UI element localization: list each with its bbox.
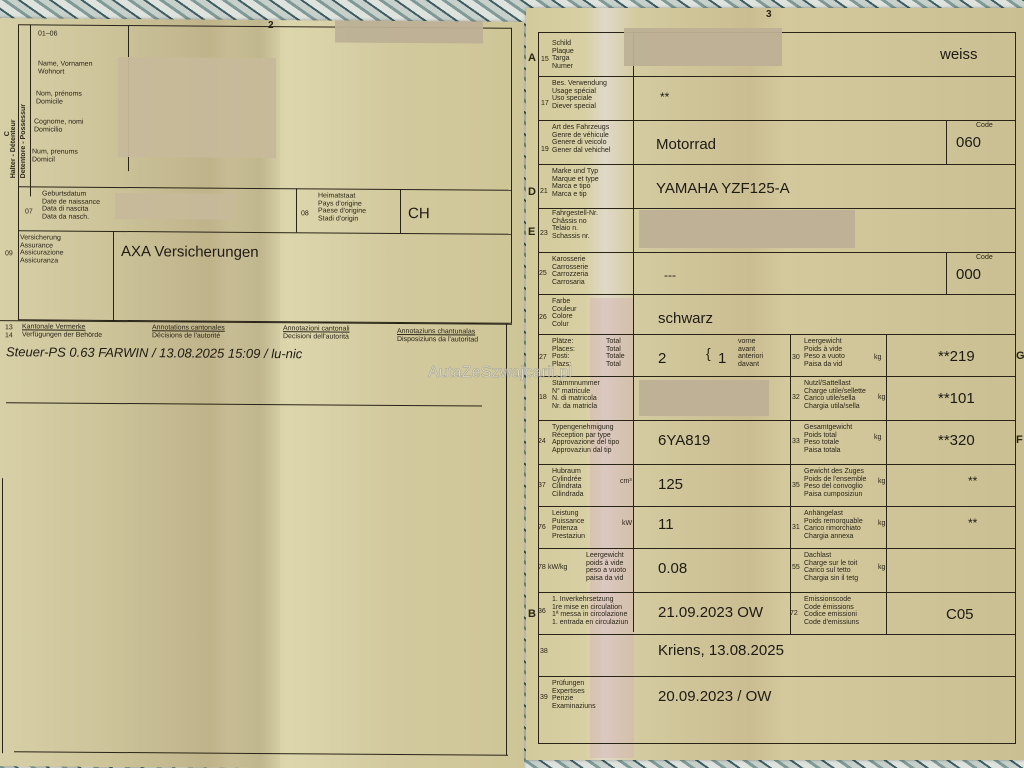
- origin-label: Heimatstaat Pays d'origine Paese d'origi…: [318, 192, 366, 222]
- cantonal-header-fr-1: Annotations cantonales: [152, 324, 225, 332]
- power-to-weight-value: 0.08: [658, 560, 687, 577]
- margin-letter-d: D: [528, 186, 536, 198]
- type-approval-value: 6YA819: [658, 432, 710, 449]
- train-weight-label: Gewicht des Zuges Poids de l'ensemble Pe…: [804, 468, 866, 498]
- body-code-label: Code: [976, 254, 993, 262]
- emission-code-label: Emissionscode Code émissions Codice emis…: [804, 596, 859, 626]
- redacted-holder-name: [118, 57, 276, 158]
- body-value: ---: [664, 268, 676, 282]
- holder-side-label-1: Halter - Détenteur: [10, 120, 17, 179]
- vehicle-type-value: Motorrad: [656, 136, 716, 153]
- cantonal-header-rm-2: Disposiziuns da l'autoritad: [397, 336, 478, 344]
- body-code: 000: [956, 266, 981, 283]
- margin-letter-g: G: [1016, 350, 1024, 362]
- seats-total-label: Total Total Totale Total: [606, 338, 625, 368]
- cantonal-notes-value: Steuer-PS 0.63 FARWIN / 13.08.2025 15:09…: [6, 344, 302, 361]
- redacted-plate: [624, 28, 782, 66]
- cantonal-header-it-2: Decisioni dell'autorità: [283, 333, 349, 341]
- color-value: schwarz: [658, 310, 713, 327]
- payload-label: Nutzl/Sattellast Charge utile/sellette C…: [804, 380, 866, 410]
- first-registration-label: 1. Inverkehrsetzung 1re mise en circulat…: [552, 596, 628, 626]
- margin-letter-b: B: [528, 608, 536, 620]
- power-value: 11: [658, 516, 674, 533]
- plate-color-value: weiss: [940, 46, 978, 63]
- page-number: 3: [766, 9, 772, 20]
- towing-load-label: Anhängelast Poids remorquable Carico rim…: [804, 510, 863, 540]
- origin-value: CH: [408, 205, 430, 222]
- vehicle-type-label: Art des Fahrzeugs Genre de véhicule Gene…: [552, 124, 610, 154]
- total-weight-value: **320: [938, 432, 975, 449]
- payload-value: **101: [938, 390, 975, 407]
- margin-letter-e: E: [528, 226, 535, 238]
- cantonal-header-fr-2: Décisions de l'autorité: [152, 332, 220, 340]
- emission-code-value: C05: [946, 606, 974, 623]
- birthdate-label: Geburtsdatum Date de naissance Data di n…: [42, 190, 100, 220]
- vehicle-type-code: 060: [956, 134, 981, 151]
- holder-side-label-2: Detentore - Possessur: [20, 104, 27, 178]
- type-approval-label: Typengenehmigung Réception par type Appr…: [552, 424, 619, 454]
- total-weight-label: Gesamtgewicht Poids total Peso totale Pa…: [804, 424, 852, 454]
- margin-letter-a: A: [528, 52, 536, 64]
- inspections-label: Prüfungen Expertises Perizie Examinaziun…: [552, 680, 596, 710]
- special-use-label: Bes. Verwendung Usage spécial Uso specia…: [552, 80, 607, 110]
- power-label: Leistung Puissance Potenza Prestaziun: [552, 510, 585, 540]
- redacted-header-area: [335, 21, 483, 44]
- seats-front-value: 1: [718, 350, 726, 367]
- redacted-chassis: [639, 210, 855, 248]
- seats-front-label: vorne avant anteriori davant: [738, 338, 763, 368]
- document-page-left: 2 C Halter - Détenteur Detentore - Posse…: [0, 18, 524, 768]
- cantonal-header-de-1: Kantonale Vermerke: [22, 323, 85, 331]
- field-range: 01–06: [38, 30, 57, 38]
- inspections-value: 20.09.2023 / OW: [658, 688, 771, 705]
- displacement-value: 125: [658, 476, 683, 493]
- power-to-weight-label: Leergewicht poids à vide peso a vuoto pa…: [586, 552, 626, 582]
- plate-label: Schild Plaque Targa Numer: [552, 40, 574, 70]
- train-weight-value: **: [968, 474, 977, 488]
- redacted-matriculation: [639, 380, 769, 416]
- insurance-value: AXA Versicherungen: [121, 243, 259, 261]
- make-model-label: Marke und Typ Marque et type Marca e tip…: [552, 168, 599, 198]
- seats-total-value: 2: [658, 350, 666, 367]
- margin-letter-f: F: [1016, 434, 1023, 446]
- insurance-label: Versicherung Assurance Assicurazione Ass…: [20, 234, 64, 264]
- first-registration-value: 21.09.2023 OW: [658, 604, 763, 621]
- empty-weight-label: Leergewicht Poids à vide Peso a vuoto Pa…: [804, 338, 845, 368]
- name-label-de: Name, Vornamen Wohnort: [38, 60, 92, 75]
- place-date-value: Kriens, 13.08.2025: [658, 642, 784, 659]
- redacted-birthdate: [115, 193, 233, 220]
- name-label-it: Cognome, nomi Domicilio: [34, 118, 83, 133]
- special-use-value: **: [660, 90, 669, 104]
- matriculation-label: Stammnummer N° matricule N. di matricola…: [552, 380, 600, 410]
- displacement-label: Hubraum Cylindrée Cilindrata Cilindrada: [552, 468, 584, 498]
- towing-load-value: **: [968, 516, 977, 530]
- name-label-fr: Nom, prénoms Domicile: [36, 90, 82, 105]
- color-label: Farbe Couleur Colore Colur: [552, 298, 577, 328]
- document-page-right: 3 A D E B G F 15 Schild Plaque Targa Num…: [526, 8, 1024, 760]
- empty-weight-value: **219: [938, 348, 975, 365]
- make-model-value: YAMAHA YZF125-A: [656, 180, 790, 197]
- name-label-rm: Num, prenums Domicil: [32, 148, 78, 163]
- cantonal-header-de-2: Verfügungen der Behörde: [22, 331, 102, 339]
- vehicle-type-code-label: Code: [976, 122, 993, 130]
- body-label: Karosserie Carrosserie Carrozzeria Carro…: [552, 256, 588, 286]
- chassis-label: Fahrgestell-Nr. Châssis no Telaio n. Sch…: [552, 210, 598, 240]
- cantonal-header-it-1: Annotazioni cantonali: [283, 325, 350, 333]
- roof-load-label: Dachlast Charge sur le toit Carico sul t…: [804, 552, 858, 582]
- watermark: AutaZeSzwajcarii.pl: [428, 364, 572, 382]
- cantonal-header-rm-1: Annotaziuns chantunalas: [397, 328, 475, 336]
- seats-brace: {: [706, 338, 711, 368]
